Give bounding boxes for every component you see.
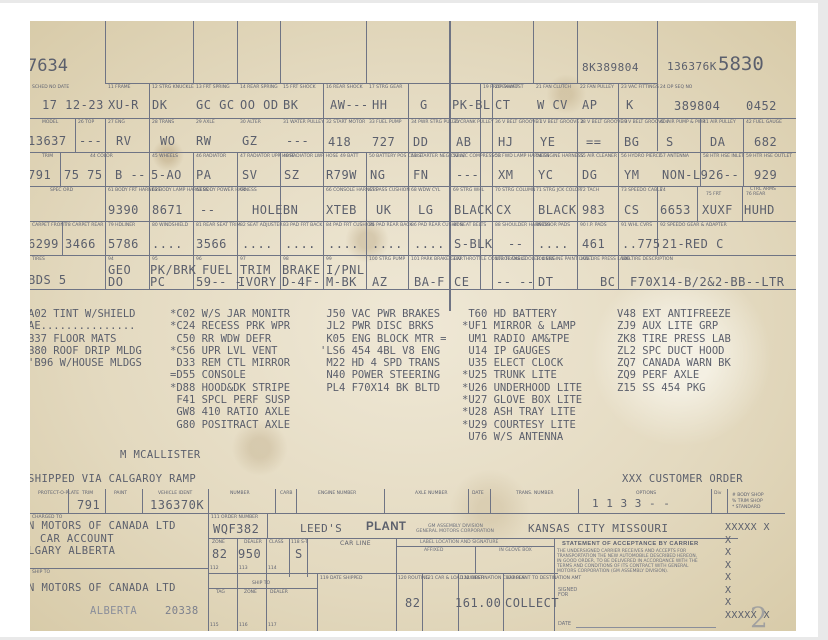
label-spec-ord: SPEC ORD xyxy=(50,188,73,193)
value-pad-rear-cushion: .... xyxy=(414,237,445,251)
value-console-harness: XTEB xyxy=(326,203,357,217)
value-wheels: 5-AO xyxy=(151,168,182,182)
value-field-98-b: D-4F- xyxy=(282,275,321,289)
label-div: Div xyxy=(714,491,721,496)
label-ship-trim: TRIM xyxy=(82,491,93,496)
label-frame: 11 FRAME xyxy=(108,85,131,90)
label-windshield: 80 WINDSHIELD xyxy=(152,223,188,228)
legend-standard: * STANDARD xyxy=(732,505,760,510)
label-field-95: 95 xyxy=(152,257,158,262)
label-ctrl-rear: 76 REAR xyxy=(746,192,765,197)
value-vbelt-3: == xyxy=(586,135,601,149)
carrier-statement: THE UNDERSIGNED CARRIER RECEIVES AND ACC… xyxy=(557,549,700,574)
x-mark: X xyxy=(725,572,731,583)
label-batt: 49 BATT xyxy=(340,154,358,159)
value-engine-harness: YC xyxy=(538,168,553,182)
value-front-shock: BK xyxy=(283,98,298,112)
label-ac-compressor: 52 A/C COMPRESSOR xyxy=(453,154,501,159)
x-mark: X xyxy=(725,585,731,596)
value-pass-cushion: UK xyxy=(376,203,391,217)
value-throttle-cable: CE xyxy=(454,275,469,289)
label-body-power-harness: 63 BODY POWER HARNESS xyxy=(196,188,257,193)
carrier-title: STATEMENT OF ACCEPTANCE BY CARRIER xyxy=(562,541,699,547)
value-field-18: G xyxy=(420,98,428,112)
label-field-99: 99 xyxy=(326,257,332,262)
value-eng: RV xyxy=(116,134,131,148)
value-field-64: HOLEBN xyxy=(252,203,298,217)
x-mark: X xyxy=(725,560,731,571)
value-air-cleaner: DG xyxy=(582,168,597,182)
value-dest-st: S xyxy=(295,547,303,561)
value-speedo-gear: 21-RED C xyxy=(662,237,724,251)
label-field-74: 74 xyxy=(660,188,666,193)
label-antenna: 57 ANTENNA xyxy=(660,154,689,159)
value-shoulder-harness: -- xyxy=(508,237,523,251)
label-ctrl-frt: 75 FRT xyxy=(706,192,721,197)
value-field-95-b: PC xyxy=(150,275,165,289)
label-field-96: 96 xyxy=(196,257,202,262)
label-door-pads: 89 DOOR PADS xyxy=(536,223,570,228)
value-pwr-strg-pulley: DD xyxy=(413,135,428,149)
label-options: OPTIONS xyxy=(636,491,656,496)
label-steering-knuckle: 12 STRG KNUCKLE xyxy=(152,85,194,90)
label-field-117: 117 xyxy=(268,623,277,628)
label-top: 26 TOP xyxy=(78,120,94,125)
label-engine-number: ENGINE NUMBER xyxy=(318,491,356,496)
signed-for-label: SIGNED FOR xyxy=(558,588,578,599)
label-date-shipped: 119 DATE SHIPPED xyxy=(320,576,362,581)
value-vehicle-ident: 136370K xyxy=(150,498,204,512)
label-carpet-rear: 78 CARPET REAR xyxy=(65,223,103,228)
label-rad-lwr-hose: 48 RADIATOR LWR HOSE xyxy=(283,154,338,159)
label-dealer-2: DEALER xyxy=(270,590,288,595)
label-pad-rear-back: 85 PAD REAR BACK xyxy=(369,223,412,228)
options-column-1: A02 TINT W/SHIELD AE............... B37 … xyxy=(30,308,142,369)
label-trans: 28 TRANS xyxy=(152,120,174,125)
value-prop-shaft: PK-BL xyxy=(452,98,491,112)
label-eng: 27 ENG xyxy=(108,120,125,125)
label-ship-to-block: SHIP TO xyxy=(32,570,50,575)
label-htr-hose-outlet: 59 HTR HSE OUTLET xyxy=(746,154,792,159)
legend-body-shop: # BODY SHOP xyxy=(732,493,764,498)
value-antenna: NON-L926-- xyxy=(662,168,739,182)
value-windshield: .... xyxy=(152,237,183,251)
value-seat-belts: S-BLK xyxy=(454,237,493,251)
label-wheels: 45 WHEELS xyxy=(152,154,178,159)
value-zone: 82 xyxy=(212,547,227,561)
label-rear-shock: 16 REAR SHOCK xyxy=(326,85,363,90)
label-field-94: 94 xyxy=(108,257,114,262)
label-fan-pulley: 22 FAN PULLEY xyxy=(580,85,614,90)
plant-label: PLANT xyxy=(366,521,406,533)
image-frame: 7634 8K389804 136376K 5830 SCHED NO DATE… xyxy=(0,3,818,637)
label-rear-seat-trim: 81 REAR SEAT TRIM xyxy=(196,223,240,228)
value-wdw-cyl: LG xyxy=(418,203,433,217)
label-speedo-gear: 92 SPEEDO GEAR & ADAPTER xyxy=(660,223,727,228)
options-column-2: *C02 W/S JAR MONITR *C24 RECESS PRK WPR … xyxy=(170,308,290,431)
value-order-number: WQF382 xyxy=(213,522,259,536)
label-strg-pump: 100 STRG PUMP xyxy=(369,257,405,262)
label-zone: ZONE xyxy=(212,540,225,545)
label-field-113: 113 xyxy=(239,566,248,571)
value-vbelt-2: YE xyxy=(540,135,555,149)
ship-to-code: 20338 xyxy=(165,605,199,617)
value-speedo-cable: CS xyxy=(624,203,639,217)
ship-to-line-1: N MOTORS OF CANADA LTD xyxy=(30,582,176,594)
value-batt: R79W xyxy=(326,168,357,182)
label-water-pulley: 31 WATER PULLEY xyxy=(283,120,324,125)
x-mark: X xyxy=(725,547,731,558)
value-front-spring: GC GC xyxy=(196,98,235,112)
consignee-line-3: LGARY ALBERTA xyxy=(30,545,115,557)
label-air-cleaner: 55 AIR CLEANER xyxy=(580,154,617,159)
value-air-pump: S xyxy=(666,135,674,149)
label-dp-seq: 24 DP SEQ NO xyxy=(660,85,692,90)
handwritten-number: 2 xyxy=(750,601,768,631)
value-vac-fittings: K xyxy=(626,98,634,112)
signature-name: M MCALLISTER xyxy=(120,449,201,461)
body-number: 8K389804 xyxy=(582,61,639,74)
label-hydro-pierce: 56 HYDRO PIERCE xyxy=(621,154,662,159)
value-tire-desc: F70X14-B/2&2-BB--LTR xyxy=(630,275,785,289)
value-rear-seat-trim: 3566 xyxy=(196,237,227,251)
label-dealer: DEALER xyxy=(244,540,262,545)
value-carpet-rear: 3466 xyxy=(65,237,96,251)
label-pass-cushion: 67 PASS CUSHION xyxy=(369,188,410,193)
value-plant-to-dest: COLLECT xyxy=(505,596,559,610)
division-line-2: GENERAL MOTORS CORPORATION xyxy=(416,529,494,534)
label-carb: CARB xyxy=(280,491,292,496)
label-wdw-cyl: 68 WDW CYL xyxy=(411,188,440,193)
value-battery-pos-cable: NG xyxy=(370,168,385,182)
value-pad-rear-back: .... xyxy=(372,237,403,251)
value-hydro-pierce: YM xyxy=(624,168,639,182)
value-htr-hose-outlet: 929 xyxy=(754,168,777,182)
value-ctrl-frt: XUXF xyxy=(702,203,733,217)
value-tire-press-label: BC xyxy=(600,275,615,289)
label-air-pump: 40 AIR PUMP & PWR xyxy=(660,120,705,125)
value-body-power-harness: -- xyxy=(200,203,215,217)
label-steer-gear: 17 STRG GEAR xyxy=(369,85,402,90)
value-fuel-gauge: 682 xyxy=(754,135,777,149)
label-date: DATE xyxy=(472,491,484,496)
value-dealer: 950 xyxy=(238,547,261,561)
dealer-name: LEED'S xyxy=(300,522,342,535)
label-htr-hose-inlet: 58 HTR HSE INLET xyxy=(703,154,744,159)
label-engine-harness: 54 ENGINE HARNESS xyxy=(536,154,583,159)
label-exhaust: 20 EXHAUST xyxy=(495,85,523,90)
label-order-number: 111 ORDER NUMBER xyxy=(211,515,258,520)
value-strg-pump: AZ xyxy=(372,275,387,289)
customer-order: XXX CUSTOMER ORDER xyxy=(622,473,743,485)
label-vac-fittings: 23 VAC FITTINGS xyxy=(621,85,659,90)
value-trans: WO xyxy=(160,134,175,148)
label-dest-st: 118 S-T xyxy=(291,540,308,545)
label-labels-location: LABEL LOCATION AND SIGNATURE xyxy=(420,540,498,545)
value-ship-trim: 791 xyxy=(77,498,100,512)
label-front-spring: 13 FRT SPRING xyxy=(196,85,230,90)
value-strg-jck-color: BLACK xyxy=(538,203,577,217)
consignee-line-1: N MOTORS OF CANADA LTD xyxy=(30,520,176,532)
vehicle-ident-stamp: 5830 xyxy=(718,53,764,75)
value-field-97-b: IVORY xyxy=(238,275,277,289)
value-field-94-b: DO xyxy=(108,275,123,289)
value-color-extra: B -- xyxy=(115,168,146,182)
label-plant-to-dest: 123 PLANT TO DESTINATION AMT xyxy=(506,576,581,581)
label-rear-spring: 14 REAR SPRING xyxy=(240,85,278,90)
x-mark: XXXXX X xyxy=(725,522,770,533)
label-axle-number: AXLE NUMBER xyxy=(415,491,448,496)
value-strg-whl: BLACK xyxy=(454,203,493,217)
value-body-frt-harness: 9390 xyxy=(108,203,139,217)
label-trans-number: TRANS. NUMBER xyxy=(516,491,553,496)
value-model: 13637 xyxy=(30,134,67,148)
label-fan-clutch: 21 FAN CLUTCH xyxy=(536,85,571,90)
value-strg-column: CX xyxy=(496,203,511,217)
label-in-glove-box: IN GLOVE BOX xyxy=(499,548,532,553)
value-field-99-b: M-BK xyxy=(326,275,357,289)
label-strg-column: 70 STRG COLUMN xyxy=(495,188,535,193)
date-label: DATE xyxy=(558,622,571,627)
label-fuel-pump: 33 FUEL PUMP xyxy=(369,120,401,125)
value-tires: BDS 5 xyxy=(30,273,67,287)
value-whl-cvrs: ..775 xyxy=(622,237,661,251)
plant-city: KANSAS CITY MISSOURI xyxy=(528,522,668,535)
value-routing: 82 xyxy=(405,596,420,610)
label-trim: TRIM xyxy=(42,154,53,159)
serial-fragment: 7634 xyxy=(30,56,68,76)
value-field-74: 6653 xyxy=(660,203,691,217)
value-rad-upr-hose: SV xyxy=(242,168,257,182)
x-mark: X xyxy=(725,597,731,608)
label-front-shock: 15 FRT SHOCK xyxy=(283,85,316,90)
value-fan-pulley: AP xyxy=(582,98,597,112)
value-steering-knuckle: DK xyxy=(152,98,167,112)
label-tire-desc: 106 TIRE DESCRIPTION xyxy=(621,257,673,262)
value-door-pads: .... xyxy=(538,237,569,251)
value-pad-frt-back: .... xyxy=(285,237,316,251)
value-fwd-lamp-harness: XM xyxy=(498,168,513,182)
label-radiator: 46 RADIATOR xyxy=(196,154,226,159)
label-field-115: 115 xyxy=(210,623,219,628)
label-field-64: 64 xyxy=(240,188,246,193)
label-vehicle-ident: VEHICLE IDENT xyxy=(158,491,192,496)
value-top: --- xyxy=(79,134,102,148)
label-lp-pads: 90 I.P. PADS xyxy=(580,223,607,228)
label-model: MODEL xyxy=(42,120,58,125)
value-steer-gear: HH xyxy=(372,98,387,112)
value-color: 75 75 xyxy=(64,168,103,182)
label-sched: SCHED NO DATE xyxy=(32,85,69,90)
value-seat-adjuster: .... xyxy=(242,237,273,251)
label-class: CLASS xyxy=(269,540,284,545)
value-fan-clutch: W CV xyxy=(537,98,568,112)
label-car-line: CAR LINE xyxy=(340,540,371,547)
value-ac-compressor: --- xyxy=(456,168,479,182)
value-tach: 983 xyxy=(582,203,605,217)
value-alter: GZ xyxy=(242,134,257,148)
label-headliner: 79 HDLINER xyxy=(108,223,135,228)
value-sched: 17 12-23 xyxy=(42,98,104,112)
value-lp-pads: 461 xyxy=(582,237,605,251)
label-start-motor: 32 START MOTOR xyxy=(326,120,365,125)
label-tires: TIRES xyxy=(32,257,45,262)
value-body-lamp-harness: 8671 xyxy=(152,203,183,217)
value-crank-pulley: AB xyxy=(456,135,471,149)
label-seat-belts: 87 SEAT BELTS xyxy=(453,223,486,228)
value-axle: RW xyxy=(196,134,211,148)
value-trim: 791 xyxy=(30,168,51,182)
value-vbelt-4: BG xyxy=(624,135,639,149)
x-mark: X xyxy=(725,535,731,546)
label-ship-to: SHIP TO xyxy=(252,581,270,586)
value-dp-seq-suffix: 0452 xyxy=(746,99,777,113)
value-dest-charges: 161.00 xyxy=(455,596,501,610)
label-whl-cvrs: 91 WHL CVRS xyxy=(621,223,652,228)
value-air-pulley: DA xyxy=(710,135,725,149)
label-alter: 30 ALTER xyxy=(240,120,261,125)
value-headliner: 5786 xyxy=(108,237,139,251)
value-fuel-pump: 727 xyxy=(372,135,395,149)
label-pad-frt-back: 83 PAD FRT BACK xyxy=(283,223,322,228)
value-carpet-front: 6299 xyxy=(30,237,59,251)
ship-to-line-2: ALBERTA xyxy=(90,605,137,617)
label-fuel-gauge: 42 FUEL GAUGE xyxy=(746,120,782,125)
value-vbelt-1: HJ xyxy=(498,135,513,149)
value-rear-shock: AW--- xyxy=(330,98,369,112)
label-tach: 72 TACH xyxy=(580,188,599,193)
label-ship-paint: PAINT xyxy=(114,491,127,496)
build-sheet: 7634 8K389804 136376K 5830 SCHED NO DATE… xyxy=(30,21,796,631)
value-radiator: PA xyxy=(196,168,211,182)
label-number: NUMBER xyxy=(230,491,250,496)
value-ctrl-rear: HUHD xyxy=(744,203,775,217)
value-park-brake-gear: BA-F xyxy=(414,275,445,289)
value-pad-frt-cushion: .... xyxy=(328,237,359,251)
label-field-112: 112 xyxy=(210,566,219,571)
value-exhaust: CT xyxy=(495,98,510,112)
value-engine-paint: DT xyxy=(538,275,553,289)
label-field-98: 98 xyxy=(283,257,289,262)
consignee-line-2: CAR ACCOUNT xyxy=(40,533,114,545)
options-column-3: J50 VAC PWR BRAKES JL2 PWR DISC BRKS K05… xyxy=(320,308,446,394)
value-starter-neg-cable: FN xyxy=(413,168,428,182)
vehicle-ident-top: 136376K xyxy=(667,60,717,73)
value-field-96-b: 59-- - xyxy=(196,275,242,289)
label-zone-2: ZONE xyxy=(244,590,257,595)
label-protect-o-plate: PROTECT-O-PLATE xyxy=(38,491,79,496)
label-affixed: AFFIXED xyxy=(424,548,443,553)
label-field-97: 97 xyxy=(240,257,246,262)
label-field-114: 114 xyxy=(268,566,277,571)
label-air-pulley: 41 AIR PULLEY xyxy=(703,120,736,125)
label-strg-whl: 69 STRG WHL xyxy=(453,188,484,193)
options-column-5: V48 EXT ANTIFREEZE ZJ9 AUX LITE GRP ZK8 … xyxy=(617,308,731,394)
label-seat-adjuster: 82 SEAT ADJUSTER xyxy=(240,223,283,228)
value-rear-spring: OO OD xyxy=(240,98,279,112)
value-water-pulley: --- xyxy=(286,134,309,148)
value-rad-lwr-hose: SZ xyxy=(284,168,299,182)
label-field-116: 116 xyxy=(239,623,248,628)
value-dp-seq: 389804 xyxy=(674,99,720,113)
value-trans-cooler: -- -- xyxy=(496,275,535,289)
label-axle: 29 AXLE xyxy=(196,120,215,125)
value-frame: XU-R xyxy=(108,98,139,112)
label-strg-jck-color: 71 STRG JCK COLOR xyxy=(536,188,581,193)
value-options-codes: 1 1 3 3 - - xyxy=(592,497,670,510)
label-tag: TAG xyxy=(216,590,225,595)
value-start-motor: 418 xyxy=(328,135,351,149)
legend-trim-shop: % TRIM SHOP xyxy=(732,499,763,504)
shipping-note: SHIPPED VIA CALGAROY RAMP xyxy=(30,473,196,485)
label-pad-frt-cushion: 84 PAD FRT CUSHION xyxy=(326,223,374,228)
label-color: 44 COLOR xyxy=(90,154,113,159)
label-crank-pulley: 35 CRANK PULLEY xyxy=(453,120,494,125)
options-column-4: T60 HD BATTERY *UF1 MIRROR & LAMP UM1 RA… xyxy=(462,308,582,443)
